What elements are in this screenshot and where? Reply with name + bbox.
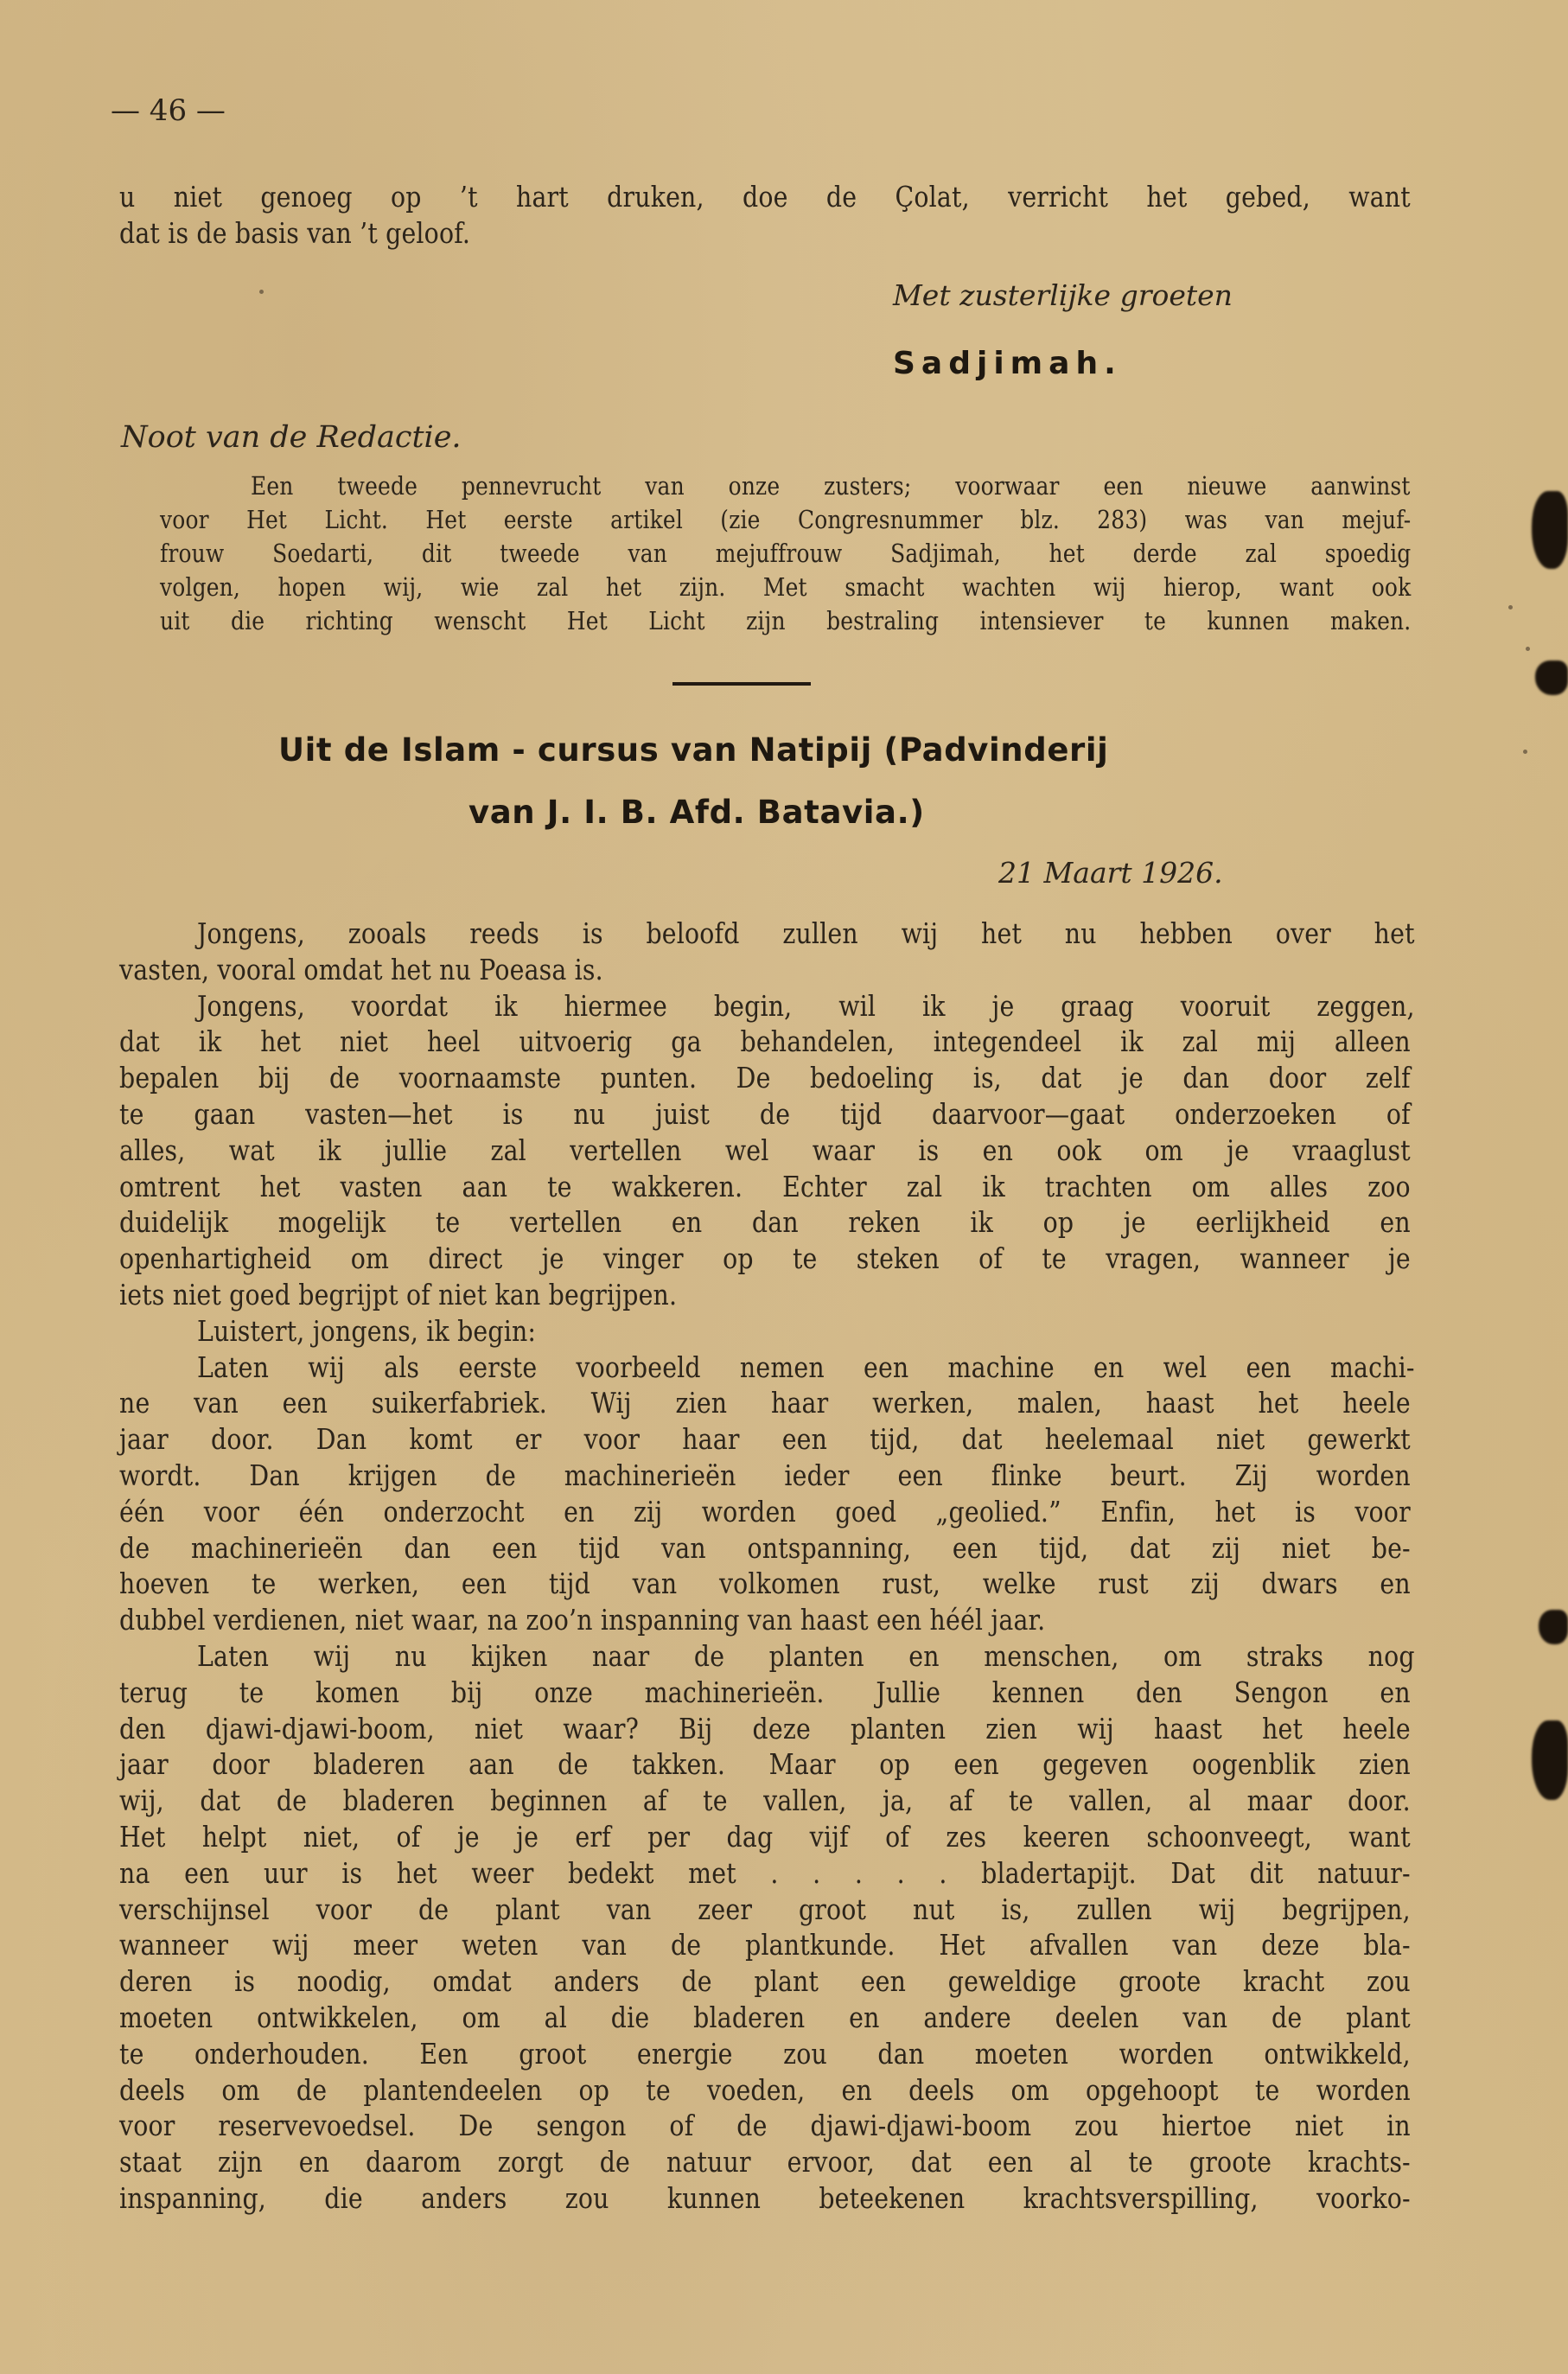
scanned-page: — 46 — u niet genoeg op ’t hart druken, … xyxy=(0,0,1568,2374)
article-line: Jongens, voordat ik hiermee begin, wil i… xyxy=(197,989,1415,1024)
article-line: wij, dat de bladeren beginnen af te vall… xyxy=(119,1784,1411,1818)
article-date: 21 Maart 1926. xyxy=(998,856,1223,890)
article-line: wordt. Dan krijgen de machinerieën ieder… xyxy=(119,1458,1411,1493)
article-line: Het helpt niet, of je je erf per dag vij… xyxy=(119,1820,1411,1854)
note-line: Een tweede pennevrucht van onze zusters;… xyxy=(251,470,1411,501)
article-title-line1: Uit de Islam - cursus van Natipij (Padvi… xyxy=(278,731,1108,769)
note-line: frouw Soedarti, dit tweede van mejuffrou… xyxy=(160,538,1411,569)
article-line: openhartigheid om direct je vinger op te… xyxy=(119,1241,1411,1276)
article-line: ne van een suikerfabriek. Wij zien haar … xyxy=(119,1386,1411,1420)
editor-note-title: Noot van de Redactie. xyxy=(121,420,462,455)
article-line: deels om de plantendeelen op te voeden, … xyxy=(119,2073,1411,2108)
article-line: terug te komen bij onze machinerieën. Ju… xyxy=(119,1675,1411,1710)
article-line: moeten ontwikkelen, om al die bladeren e… xyxy=(119,2001,1411,2035)
article-title-line2: van J. I. B. Afd. Batavia.) xyxy=(468,794,925,831)
article-line: staat zijn en daarom zorgt de natuur erv… xyxy=(119,2145,1411,2179)
article-line: duidelijk mogelijk te vertellen en dan r… xyxy=(119,1205,1411,1240)
article-line: deren is noodig, omdat anders de plant e… xyxy=(119,1964,1411,1999)
paper-speck xyxy=(1526,647,1530,651)
note-line: uit die richting wenscht Het Licht zijn … xyxy=(160,605,1411,636)
article-line: verschijnsel voor de plant van zeer groo… xyxy=(119,1892,1411,1927)
article-line: den djawi-djawi-boom, niet waar? Bij dez… xyxy=(119,1712,1411,1746)
article-line: jaar door. Dan komt er voor haar een tij… xyxy=(119,1422,1411,1457)
margin-ink-blot xyxy=(1535,661,1568,695)
paper-speck xyxy=(259,290,264,294)
article-line: dat ik het niet heel uitvoerig ga behand… xyxy=(119,1024,1411,1059)
section-divider xyxy=(672,682,811,686)
article-line: inspanning, die anders zou kunnen beteek… xyxy=(119,2181,1411,2216)
article-line: de machinerieën dan een tijd van ontspan… xyxy=(119,1531,1411,1566)
article-line: voor reservevoedsel. De sengon of de dja… xyxy=(119,2109,1411,2143)
margin-ink-blot xyxy=(1532,1720,1568,1800)
signature: Sadjimah. xyxy=(893,346,1122,381)
article-line: Laten wij nu kijken naar de planten en m… xyxy=(197,1639,1415,1674)
article-line: Laten wij als eerste voorbeeld nemen een… xyxy=(197,1350,1415,1385)
letter-line: u niet genoeg op ’t hart druken, doe de … xyxy=(119,180,1411,214)
paper-speck xyxy=(1508,605,1513,609)
margin-ink-blot xyxy=(1539,1610,1568,1644)
note-line: volgen, hopen wij, wie zal het zijn. Met… xyxy=(160,571,1411,603)
article-line: wanneer wij meer weten van de plantkunde… xyxy=(119,1928,1411,1962)
article-line: vasten, vooral omdat het nu Poeasa is. xyxy=(119,953,1411,987)
article-line: dubbel verdienen, niet waar, na zoo’n in… xyxy=(119,1603,1411,1637)
article-line: hoeven te werken, een tijd van volkomen … xyxy=(119,1567,1411,1601)
article-line: Luistert, jongens, ik begin: xyxy=(197,1314,1415,1349)
article-line: één voor één onderzocht en zij worden go… xyxy=(119,1495,1411,1529)
article-line: bepalen bij de voornaamste punten. De be… xyxy=(119,1061,1411,1095)
article-line: jaar door bladeren aan de takken. Maar o… xyxy=(119,1747,1411,1782)
letter-line: dat is de basis van ’t geloof. xyxy=(119,216,1411,251)
article-line: na een uur is het weer bedekt met . . . … xyxy=(119,1856,1411,1891)
article-line: Jongens, zooals reeds is beloofd zullen … xyxy=(197,916,1415,951)
article-line: te gaan vasten—het is nu juist de tijd d… xyxy=(119,1097,1411,1132)
note-line: voor Het Licht. Het eerste artikel (zie … xyxy=(160,504,1411,535)
margin-ink-blot xyxy=(1532,491,1568,569)
article-line: alles, wat ik jullie zal vertellen wel w… xyxy=(119,1133,1411,1168)
paper-speck xyxy=(1523,750,1527,754)
closing-greeting: Met zusterlijke groeten xyxy=(893,278,1233,312)
article-line: omtrent het vasten aan te wakkeren. Echt… xyxy=(119,1170,1411,1204)
article-line: iets niet goed begrijpt of niet kan begr… xyxy=(119,1278,1411,1312)
article-line: te onderhouden. Een groot energie zou da… xyxy=(119,2037,1411,2071)
page-number: — 46 — xyxy=(111,93,226,128)
